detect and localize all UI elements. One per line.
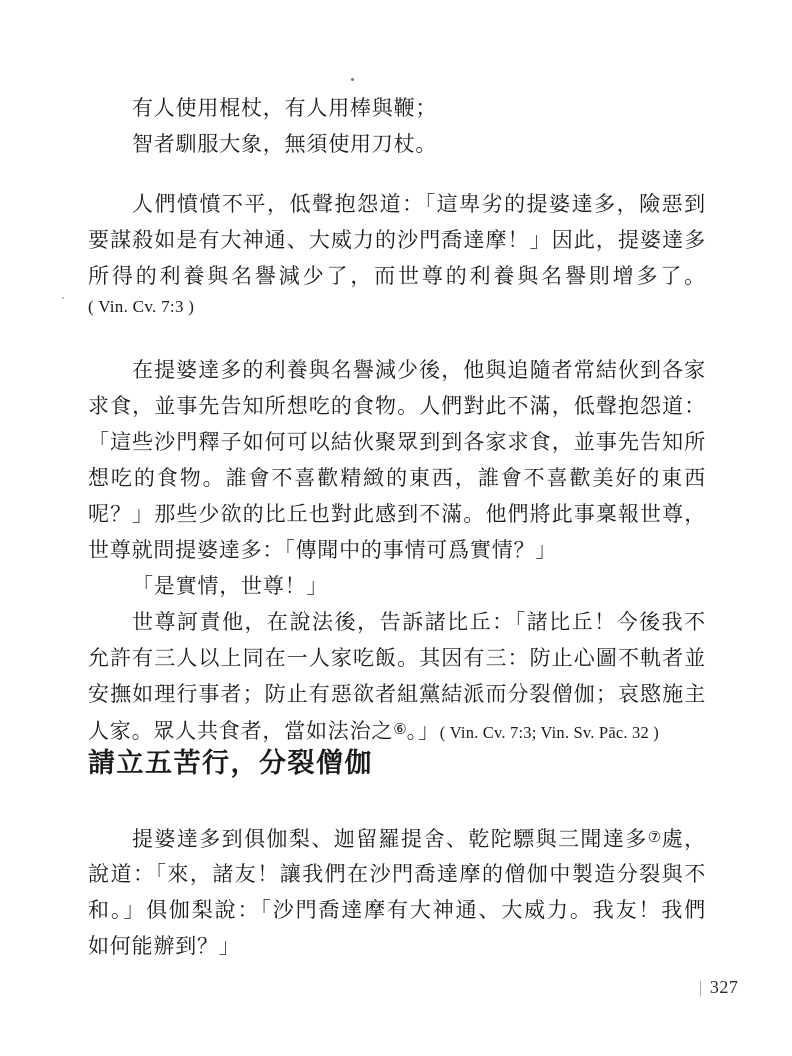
text-line: 呢？」那些少欲的比丘也對此感到不滿。他們將此事稟報世尊，	[88, 496, 706, 532]
page-number-value: 327	[710, 977, 739, 997]
footnote-marker: ⑦	[648, 830, 662, 846]
text-line: 要謀殺如是有大神通、大威力的沙門喬達摩！」因此，提婆達多	[88, 222, 706, 258]
footnote-marker: ⑥	[393, 722, 406, 738]
paragraph-rebuke: 世尊訶責他，在說法後，告訴諸比丘：「諸比丘！今後我不允許有三人以上同在一人家吃飯…	[88, 604, 706, 748]
text-line: 世尊訶責他，在說法後，告訴諸比丘：「諸比丘！今後我不	[88, 604, 706, 640]
text-line: 「是實情，世尊！」	[88, 568, 706, 604]
text-segment: 處，	[662, 827, 706, 851]
text-line: 允許有三人以上同在一人家吃飯。其因有三：防止心圖不軌者並	[88, 640, 706, 676]
page-number: |327	[699, 977, 738, 998]
scan-speck	[62, 297, 64, 299]
text-line: 所得的利養與名譽減少了，而世尊的利養與名譽則增多了。	[88, 258, 706, 294]
scan-speck	[351, 78, 354, 81]
text-line: 智者馴服大象，無須使用刀杖。	[88, 126, 706, 162]
page-number-bar: |	[700, 978, 702, 998]
text-line: 說道：「來，諸友！讓我們在沙門喬達摩的僧伽中製造分裂與不	[88, 856, 706, 892]
text-segment: 提婆達多到俱伽梨、迦留羅提舍、乾陀驃與三聞達多	[132, 827, 648, 851]
text-line: 安撫如理行事者；防止有惡欲者組黨結派而分裂僧伽；哀愍施主	[88, 676, 706, 712]
paragraph-reply: 「是實情，世尊！」	[88, 568, 706, 604]
text-segment: 人家。眾人共食者，當如法治之	[88, 719, 393, 743]
paragraph-complaint: 人們憤憤不平，低聲抱怨道：「這卑劣的提婆達多，險惡到要謀殺如是有大神通、大威力的…	[88, 186, 706, 294]
book-page: 有人使用棍杖，有人用棒與鞭；智者馴服大象，無須使用刀杖。 人們憤憤不平，低聲抱怨…	[0, 0, 792, 1056]
paragraph-schism: 提婆達多到俱伽梨、迦留羅提舍、乾陀驃與三聞達多⑦處，說道：「來，諸友！讓我們在沙…	[88, 820, 706, 964]
inline-citation: ( Vin. Cv. 7:3; Vin. Sv. Pāc. 32 )	[440, 723, 659, 742]
text-line: 人們憤憤不平，低聲抱怨道：「這卑劣的提婆達多，險惡到	[88, 186, 706, 222]
text-line: 求食，並事先告知所想吃的食物。人們對此不滿，低聲抱怨道：	[88, 388, 706, 424]
text-line: 想吃的食物。誰會不喜歡精緻的東西，誰會不喜歡美好的東西	[88, 460, 706, 496]
text-line: 「這些沙門釋子如何可以結伙聚眾到到各家求食，並事先告知所	[88, 424, 706, 460]
text-line: 如何能辦到？」	[88, 928, 706, 964]
text-line: 有人使用棍杖，有人用棒與鞭；	[88, 90, 706, 126]
paragraph-almsfood: 在提婆達多的利養與名譽減少後，他與追隨者常結伙到各家求食，並事先告知所想吃的食物…	[88, 352, 706, 568]
text-line: 在提婆達多的利養與名譽減少後，他與追隨者常結伙到各家	[88, 352, 706, 388]
text-line: 提婆達多到俱伽梨、迦留羅提舍、乾陀驃與三聞達多⑦處，	[88, 820, 706, 856]
citation-vinaya: ( Vin. Cv. 7:3 )	[88, 295, 706, 319]
text-segment: 。」	[407, 719, 440, 743]
text-line: 人家。眾人共食者，當如法治之⑥。」( Vin. Cv. 7:3; Vin. Sv…	[88, 712, 706, 748]
section-heading: 請立五苦行，分裂僧伽	[88, 744, 706, 782]
text-line: 和。」俱伽梨說：「沙門喬達摩有大神通、大威力。我友！我們	[88, 892, 706, 928]
verse-block: 有人使用棍杖，有人用棒與鞭；智者馴服大象，無須使用刀杖。	[88, 90, 706, 162]
text-line: 世尊就問提婆達多：「傳聞中的事情可爲實情？」	[88, 532, 706, 568]
